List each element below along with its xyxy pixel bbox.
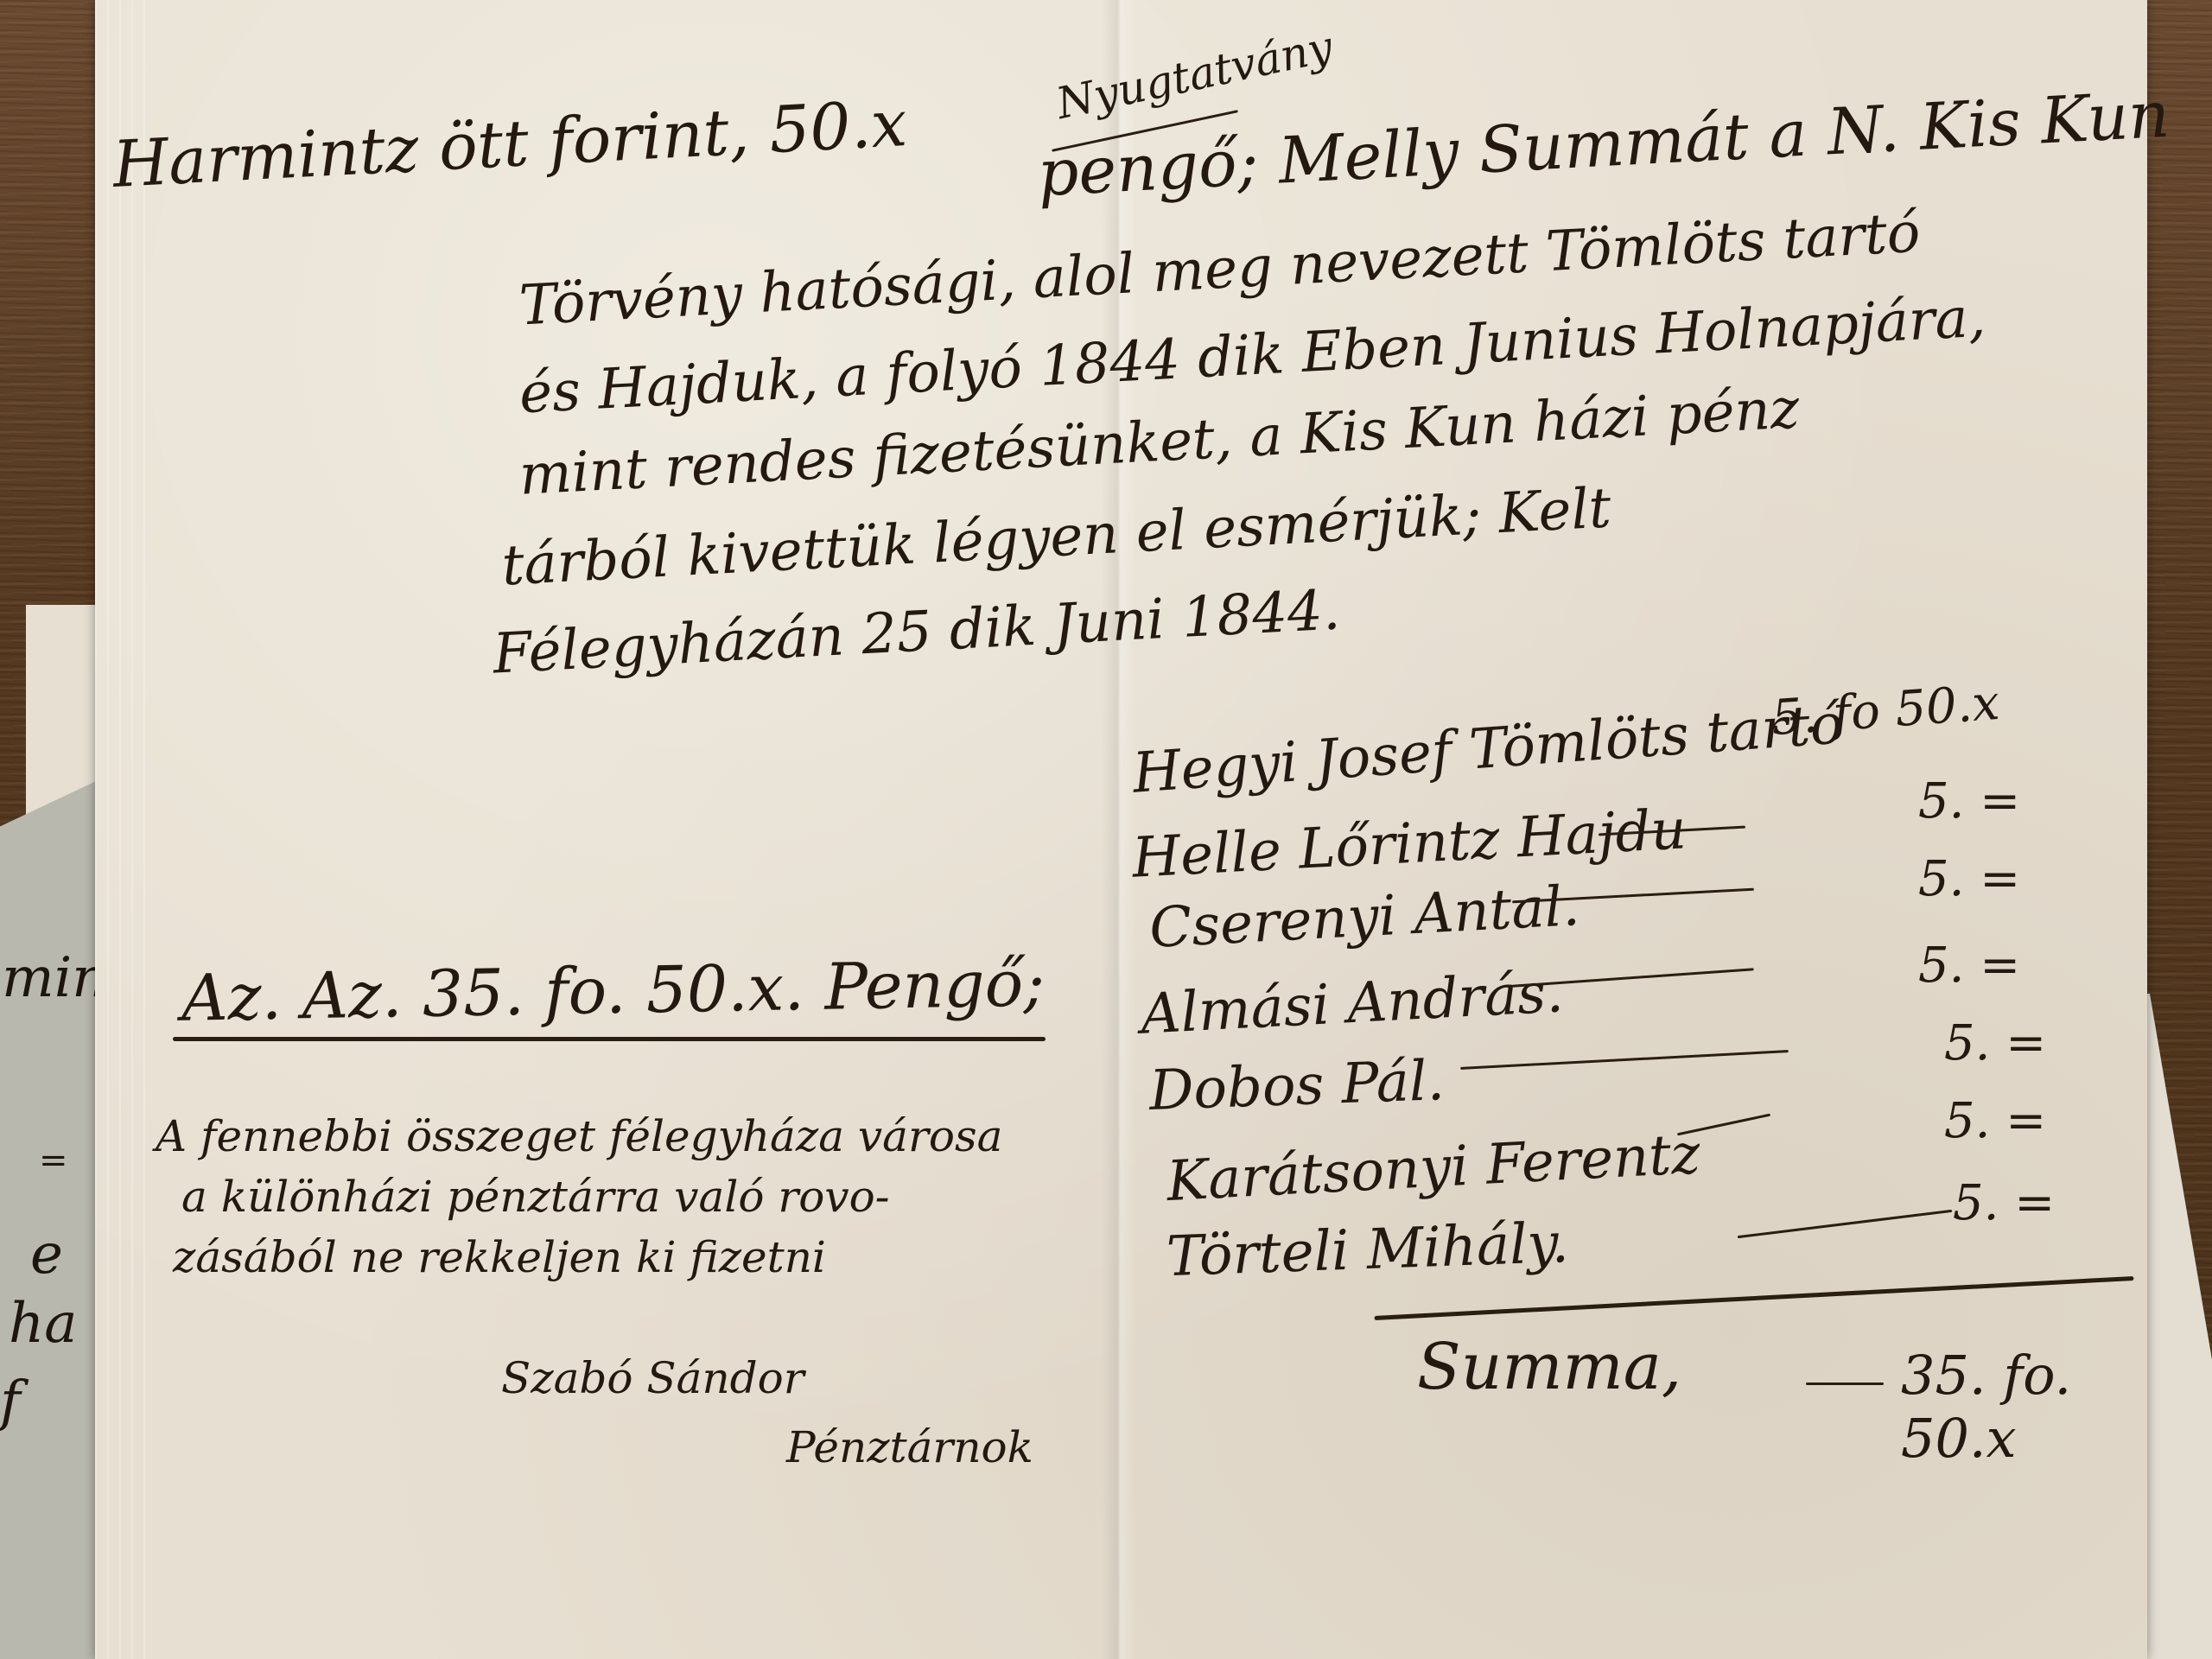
total-underline (173, 1037, 1046, 1041)
note-line: zásából ne rekkeljen ki fizetni (173, 1236, 826, 1279)
fragment-text: ha (9, 1292, 77, 1356)
entry-amount: 5. = (1918, 773, 2020, 829)
body-line: Félegyházán 25 dik Juni 1844. (492, 582, 1342, 682)
summa-dash (1806, 1382, 1884, 1385)
entry-amount: 5. = (1953, 1175, 2055, 1231)
summa-amount: 35. fo. 50.x (1901, 1344, 2147, 1470)
photo-scene: mini = e ha f Nyugtatvány Harmintz ött f… (0, 0, 2212, 1659)
entry-name: Almási András. (1140, 965, 1565, 1043)
entry-amount: 5. = (1944, 1015, 2046, 1071)
entry-amount: 5. = (1944, 1093, 2046, 1149)
entry-name: Törteli Mihály. (1166, 1216, 1570, 1285)
entry-name: Dobos Pál. (1148, 1053, 1446, 1119)
entry-name: Helle Lőrintz Hajdu (1131, 802, 1688, 887)
note-line: A fennebbi összeget félegyháza városa (156, 1115, 1002, 1158)
entry-amount: 5. = (1918, 851, 2020, 907)
fragment-text: e (30, 1223, 63, 1287)
summa-rule (1374, 1276, 2133, 1320)
fragment-text: = (39, 1141, 68, 1180)
body-line: Harmintz ött forint, 50.x (111, 92, 909, 197)
entry-dash (1738, 1210, 1953, 1238)
entry-name: Hegyi Josef Tömlöts tartó (1131, 696, 1846, 801)
paper-edge (95, 0, 147, 1659)
note-line: a különházi pénztárra való rovo- (181, 1175, 890, 1218)
left-total: Az. Az. 35. fo. 50.x. Pengő; (181, 951, 1045, 1030)
entry-name: Karátsonyi Ferentz (1166, 1127, 1701, 1210)
entry-amount: 5. = (1918, 938, 2020, 994)
document-title: Nyugtatvány (1052, 25, 1336, 125)
note-signature-title: Pénztárnok (786, 1426, 1033, 1469)
entry-amount: 5. fo 50.x (1770, 675, 2001, 747)
receipt-document: Nyugtatvány Harmintz ött forint, 50.x pe… (95, 0, 2147, 1659)
note-signature: Szabó Sándor (501, 1357, 804, 1400)
fragment-text: f (0, 1370, 21, 1433)
body-line: pengő; Melly Summát a N. Kis Kun (1036, 83, 2171, 207)
entry-dash (1460, 1050, 1789, 1070)
entry-name: Cserenyi Antal. (1148, 879, 1581, 957)
summa-label: Summa, (1417, 1335, 1681, 1399)
